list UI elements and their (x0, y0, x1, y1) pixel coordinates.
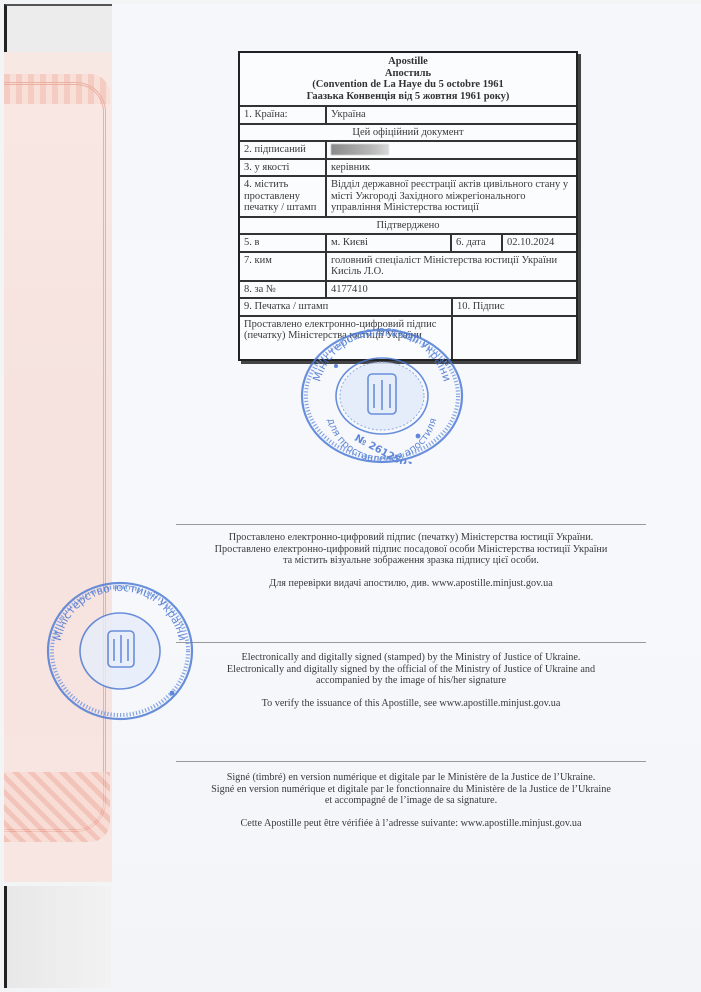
divider-en (176, 642, 646, 643)
note-fr-line3: et accompagné de l’image de sa signature… (176, 795, 646, 807)
redacted-name (331, 144, 389, 155)
bears-seal-label: 4. містить проставлену печатку / штамп (240, 177, 327, 216)
note-fr-verify: Cette Apostille peut être vérifiée à l’a… (176, 818, 646, 830)
divider-uk (176, 524, 646, 525)
heading-convention-uk: Гаазька Конвенція від 5 жовтня 1961 року… (242, 91, 574, 103)
country-value: Україна (327, 107, 576, 123)
ministry-seal-edge-stamp: Міністерство юстиції України (40, 575, 200, 725)
number-label: 8. за № (240, 282, 327, 298)
note-uk-line3: та містить візуальне зображення зразка п… (176, 555, 646, 567)
signature-value (453, 317, 576, 359)
note-fr-line1: Signé (timbré) en version numérique et d… (176, 772, 646, 784)
signed-by-value (327, 142, 576, 158)
place-label: 5. в (240, 235, 327, 251)
ornament-bottom (4, 772, 110, 842)
note-en-verify: To verify the issuance of this Apostille… (176, 698, 646, 710)
note-uk-line1: Проставлено електронно-цифровий підпис (… (176, 532, 646, 544)
row-bears-seal: 4. містить проставлену печатку / штамп В… (240, 175, 576, 216)
heading-convention-fr: (Convention de La Haye du 5 octobre 1961 (242, 79, 574, 91)
by-whom-value: головний спеціаліст Міністерства юстиції… (327, 253, 576, 280)
note-block-fr: Signé (timbré) en version numérique et d… (176, 772, 646, 829)
row-seal-signature-labels: 9. Печатка / штамп 10. Підпис (240, 297, 576, 315)
ministry-seal-stamp: Міністерство юстиції України для простав… (296, 318, 468, 464)
note-block-uk: Проставлено електронно-цифровий підпис (… (176, 532, 646, 589)
row-place-date: 5. в м. Києві 6. дата 02.10.2024 (240, 233, 576, 251)
row-by-whom: 7. ким головний спеціаліст Міністерства … (240, 251, 576, 280)
note-uk-line2: Проставлено електронно-цифровий підпис п… (176, 544, 646, 556)
divider-fr (176, 761, 646, 762)
date-value: 02.10.2024 (503, 235, 576, 251)
capacity-value: керівник (327, 160, 576, 176)
note-block-en: Electronically and digitally signed (sta… (176, 652, 646, 709)
row-signed-by: 2. підписаний (240, 140, 576, 158)
bears-seal-value: Відділ державної реєстрації актів цивіль… (327, 177, 576, 216)
paper-clip-bottom (4, 886, 111, 988)
row-number: 8. за № 4177410 (240, 280, 576, 298)
document-note: Цей офіційний документ (240, 125, 576, 141)
heading-apostille-fr: Apostille (242, 56, 574, 68)
row-document-note: Цей офіційний документ (240, 123, 576, 141)
capacity-label: 3. у якості (240, 160, 327, 176)
note-en-line2: Electronically and digitally signed by t… (176, 664, 646, 676)
by-whom-label: 7. ким (240, 253, 327, 280)
date-label: 6. дата (452, 235, 503, 251)
note-uk-verify: Для перевірки видачі апостилю, див. www.… (176, 578, 646, 590)
seal-label: 9. Печатка / штамп (240, 299, 453, 315)
note-en-line3: accompanied by the image of his/her sign… (176, 675, 646, 687)
row-capacity: 3. у якості керівник (240, 158, 576, 176)
paper-clip-top (4, 4, 115, 57)
signature-label: 10. Підпис (453, 299, 576, 315)
row-certified: Підтверджено (240, 216, 576, 234)
apostille-table: Apostille Апостиль (Convention de La Hay… (238, 51, 578, 361)
apostille-heading: Apostille Апостиль (Convention de La Hay… (240, 53, 576, 105)
certified-label: Підтверджено (240, 218, 576, 234)
row-country: 1. Країна: Україна (240, 105, 576, 123)
underlying-certificate-page (4, 52, 114, 882)
note-fr-line2: Signé en version numérique et digitale p… (176, 784, 646, 796)
heading-apostille-uk: Апостиль (242, 68, 574, 80)
country-label: 1. Країна: (240, 107, 327, 123)
place-value: м. Києві (327, 235, 452, 251)
signed-by-label: 2. підписаний (240, 142, 327, 158)
number-value: 4177410 (327, 282, 576, 298)
note-en-line1: Electronically and digitally signed (sta… (176, 652, 646, 664)
